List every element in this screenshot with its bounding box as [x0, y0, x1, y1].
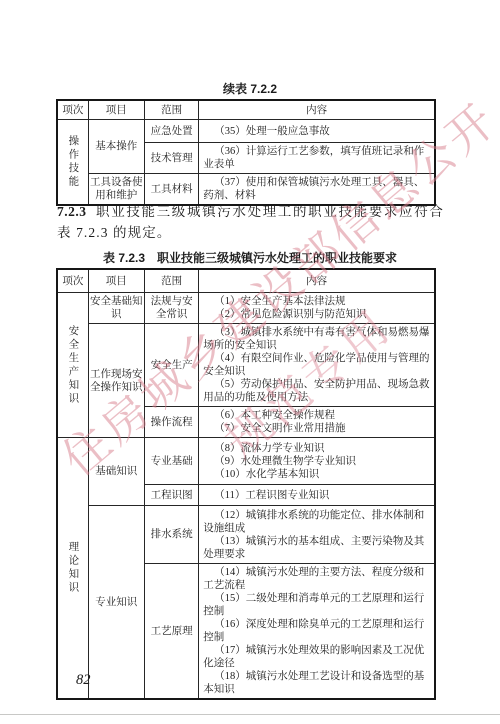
header-cell-index: 项次 [57, 269, 88, 293]
table-row: 专业知识 排水系统 （12）城镇排水系统的功能定位、排水体制和设施组成（13）城… [57, 506, 435, 564]
table-7-2-3-caption: 表 7.2.3 职业技能三级城镇污水处理工的职业技能要求 [0, 249, 500, 266]
table-row: 安全生产知识 安全基础知识 法规与安全常识 （1）安全生产基本法律法规（2）常见… [57, 293, 435, 324]
scope-cell-drawing-reading: 工程识图 [144, 485, 198, 506]
table-7-2-2-continued: 项次 项目 范围 内容 操作技能 基本操作 应急处置 （35）处理一般应急事故 … [56, 99, 436, 206]
content-cell-36: （36）计算运行工艺参数，填写值班记录和作业表单 [199, 143, 435, 174]
header-cell-scope: 范围 [144, 269, 198, 293]
scope-cell-tech-management: 技术管理 [144, 143, 198, 174]
scope-cell-operation-procedure: 操作流程 [144, 407, 198, 438]
clause-7-2-3: 7.2.3职业技能三级城镇污水处理工的职业技能要求应符合表 7.2.3 的规定。 [57, 201, 444, 243]
content-cell-1-2: （1）安全生产基本法律法规（2）常见危险源识别与防范知识 [199, 293, 435, 324]
scan-edge-line [0, 714, 500, 715]
header-cell-index: 项次 [57, 100, 88, 120]
group-cell-safety-knowledge: 安全生产知识 [57, 293, 88, 438]
header-cell-scope: 范围 [144, 100, 198, 120]
scope-cell-regulations: 法规与安全常识 [144, 293, 198, 324]
content-cell-35: （35）处理一般应急事故 [199, 120, 435, 143]
item-cell-professional-knowledge: 专业知识 [88, 506, 144, 700]
item-cell-basic-knowledge: 基础知识 [88, 438, 144, 506]
scope-cell-professional-basics: 专业基础 [144, 438, 198, 485]
content-cell-12-13: （12）城镇排水系统的功能定位、排水体制和设施组成（13）城镇污水的基本组成、主… [199, 506, 435, 564]
scope-cell-emergency: 应急处置 [144, 120, 198, 143]
table-header-row: 项次 项目 范围 内容 [57, 100, 435, 120]
continued-table-caption: 续表 7.2.2 [0, 80, 500, 97]
header-cell-item: 项目 [88, 100, 144, 120]
clause-text: 职业技能三级城镇污水处理工的职业技能要求应符合表 7.2.3 的规定。 [57, 204, 444, 240]
scope-cell-safe-production: 安全生产 [144, 324, 198, 407]
header-cell-item: 项目 [88, 269, 144, 293]
item-cell-site-safety: 工作现场安全操作知识 [88, 324, 144, 438]
item-cell-safety-basic: 安全基础知识 [88, 293, 144, 324]
content-cell-11: （11）工程识图专业知识 [199, 485, 435, 506]
table-row: 理论知识 基础知识 专业基础 （8）流体力学专业知识（9）水处理微生物学专业知识… [57, 438, 435, 485]
group-cell-theory-knowledge: 理论知识 [57, 438, 88, 700]
content-cell-14-18: （14）城镇污水处理的主要方法、程度分级和工艺流程（15）二级处理和消毒单元的工… [199, 564, 435, 700]
scope-cell-process-principle: 工艺原理 [144, 564, 198, 700]
header-cell-content: 内容 [199, 269, 435, 293]
document-page: 住房城乡建设部信息公开 规范专用 续表 7.2.2 项次 项目 范围 内容 操作… [0, 0, 500, 724]
table-row: 工作现场安全操作知识 安全生产 （3）城镇排水系统中有毒有害气体和易燃易爆场所的… [57, 324, 435, 407]
clause-number: 7.2.3 [57, 204, 87, 219]
scope-cell-drainage-system: 排水系统 [144, 506, 198, 564]
content-cell-6-7: （6）本工种安全操作规程（7）安全文明作业常用措施 [199, 407, 435, 438]
table-header-row: 项次 项目 范围 内容 [57, 269, 435, 293]
page-number: 82 [76, 672, 91, 689]
table-row: 操作技能 基本操作 应急处置 （35）处理一般应急事故 [57, 120, 435, 143]
content-cell-8-10: （8）流体力学专业知识（9）水处理微生物学专业知识（10）水化学基本知识 [199, 438, 435, 485]
header-cell-content: 内容 [199, 100, 435, 120]
content-cell-3-5: （3）城镇排水系统中有毒有害气体和易燃易爆场所的安全知识（4）有限空间作业、危险… [199, 324, 435, 407]
group-cell-operation-skill: 操作技能 [57, 120, 88, 206]
item-cell-basic-operation: 基本操作 [88, 120, 144, 174]
table-7-2-3: 项次 项目 范围 内容 安全生产知识 安全基础知识 法规与安全常识 （1）安全生… [56, 268, 436, 700]
